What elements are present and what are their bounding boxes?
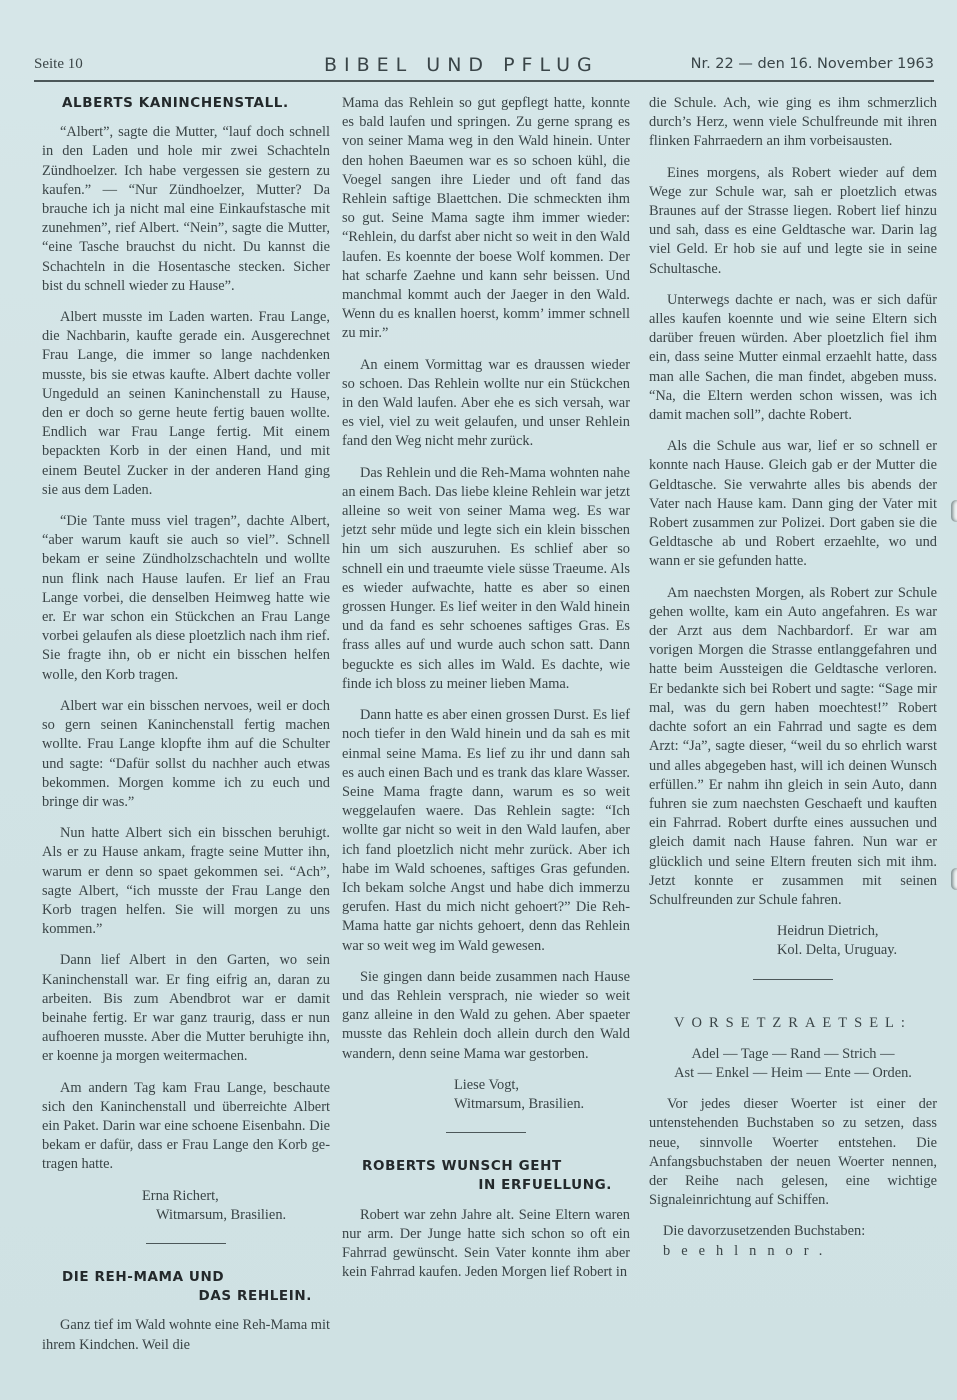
author-signature: Heidrun Dietrich, Kol. Delta, Uruguay.	[649, 922, 937, 960]
issue-date: Nr. 22 — den 16. November 1963	[691, 56, 934, 72]
riddle-title: VORSETZRAETSEL:	[649, 1014, 937, 1033]
paragraph: Das Rehlein und die Reh-Mama wohn­ten na…	[342, 464, 630, 694]
paragraph: Dann hatte es aber einen grossen Durst. …	[342, 706, 630, 956]
binder-hole	[951, 868, 957, 890]
author-name: Heidrun Dietrich,	[649, 922, 937, 941]
section-divider	[146, 1243, 226, 1244]
paragraph: Am andern Tag kam Frau Lange, be­schaute…	[42, 1079, 330, 1175]
author-signature: Liese Vogt, Witmarsum, Brasilien.	[342, 1076, 630, 1114]
column-2: Mama das Rehlein so gut gepflegt hatte, …	[342, 94, 630, 1294]
publication-title: BIBEL UND PFLUG	[324, 54, 599, 76]
section-divider	[446, 1132, 526, 1133]
riddle-instructions: Vor jedes dieser Woerter ist einer der u…	[649, 1095, 937, 1210]
section-divider	[753, 979, 833, 980]
paragraph: Ganz tief im Wald wohnte eine Reh-Mama m…	[42, 1316, 330, 1354]
header-rule	[34, 80, 934, 82]
author-place: Witmarsum, Brasilien.	[42, 1206, 330, 1225]
paragraph: Am naechsten Morgen, als Robert zur Schu…	[649, 584, 937, 910]
newspaper-page: Seite 10 BIBEL UND PFLUG Nr. 22 — den 16…	[0, 0, 957, 1400]
paragraph: Robert war zehn Jahre alt. Seine El­tern…	[342, 1206, 630, 1283]
letters-label: Die davorzusetzenden Buchstaben:	[663, 1222, 937, 1241]
paragraph: Mama das Rehlein so gut gepflegt hatte, …	[342, 94, 630, 344]
article-title-robert: ROBERTS WUNSCH GEHT IN ERFUELLUNG.	[342, 1157, 630, 1195]
paragraph: Als die Schule aus war, lief er so schne…	[649, 437, 937, 571]
paragraph: Dann lief Albert in den Garten, wo sein …	[42, 951, 330, 1066]
author-name: Liese Vogt,	[342, 1076, 630, 1095]
riddle-words: Adel — Tage — Rand — Strich — Ast — Enke…	[649, 1045, 937, 1083]
paragraph: “Die Tante muss viel tragen”, dachte Alb…	[42, 512, 330, 685]
paragraph: Eines morgens, als Robert wieder auf dem…	[649, 164, 937, 279]
letters-value: beehlnnor.	[663, 1242, 937, 1261]
riddle-letters: Die davorzusetzenden Buchstaben: beehlnn…	[649, 1222, 937, 1260]
column-1: ALBERTS KANINCHENSTALL. “Albert”, sagte …	[42, 94, 330, 1367]
page-header: Seite 10 BIBEL UND PFLUG Nr. 22 — den 16…	[34, 54, 934, 80]
paragraph: Nun hatte Albert sich ein bisschen be­ru…	[42, 824, 330, 939]
paragraph: Sie gingen dann beide zusammen nach Haus…	[342, 968, 630, 1064]
author-signature: Erna Richert, Witmarsum, Brasilien.	[42, 1187, 330, 1225]
paragraph: die Schule. Ach, wie ging es ihm schmerz…	[649, 94, 937, 152]
paragraph: An einem Vormittag war es draussen wiede…	[342, 356, 630, 452]
article-title-reh: DIE REH-MAMA UND DAS REHLEIN.	[42, 1268, 330, 1306]
article-title-albert: ALBERTS KANINCHENSTALL.	[42, 94, 330, 113]
author-name: Erna Richert,	[42, 1187, 330, 1206]
author-place: Witmarsum, Brasilien.	[342, 1095, 630, 1114]
column-3: die Schule. Ach, wie ging es ihm schmerz…	[649, 94, 937, 1261]
paragraph: Unterwegs dachte er nach, was er sich da…	[649, 291, 937, 425]
author-place: Kol. Delta, Uruguay.	[649, 941, 937, 960]
page-number: Seite 10	[34, 56, 83, 73]
paragraph: “Albert”, sagte die Mutter, “lauf doch s…	[42, 123, 330, 296]
binder-hole	[951, 500, 957, 522]
paragraph: Albert war ein bisschen nervoes, weil er…	[42, 697, 330, 812]
paragraph: Albert musste im Laden warten. Frau Lang…	[42, 308, 330, 500]
